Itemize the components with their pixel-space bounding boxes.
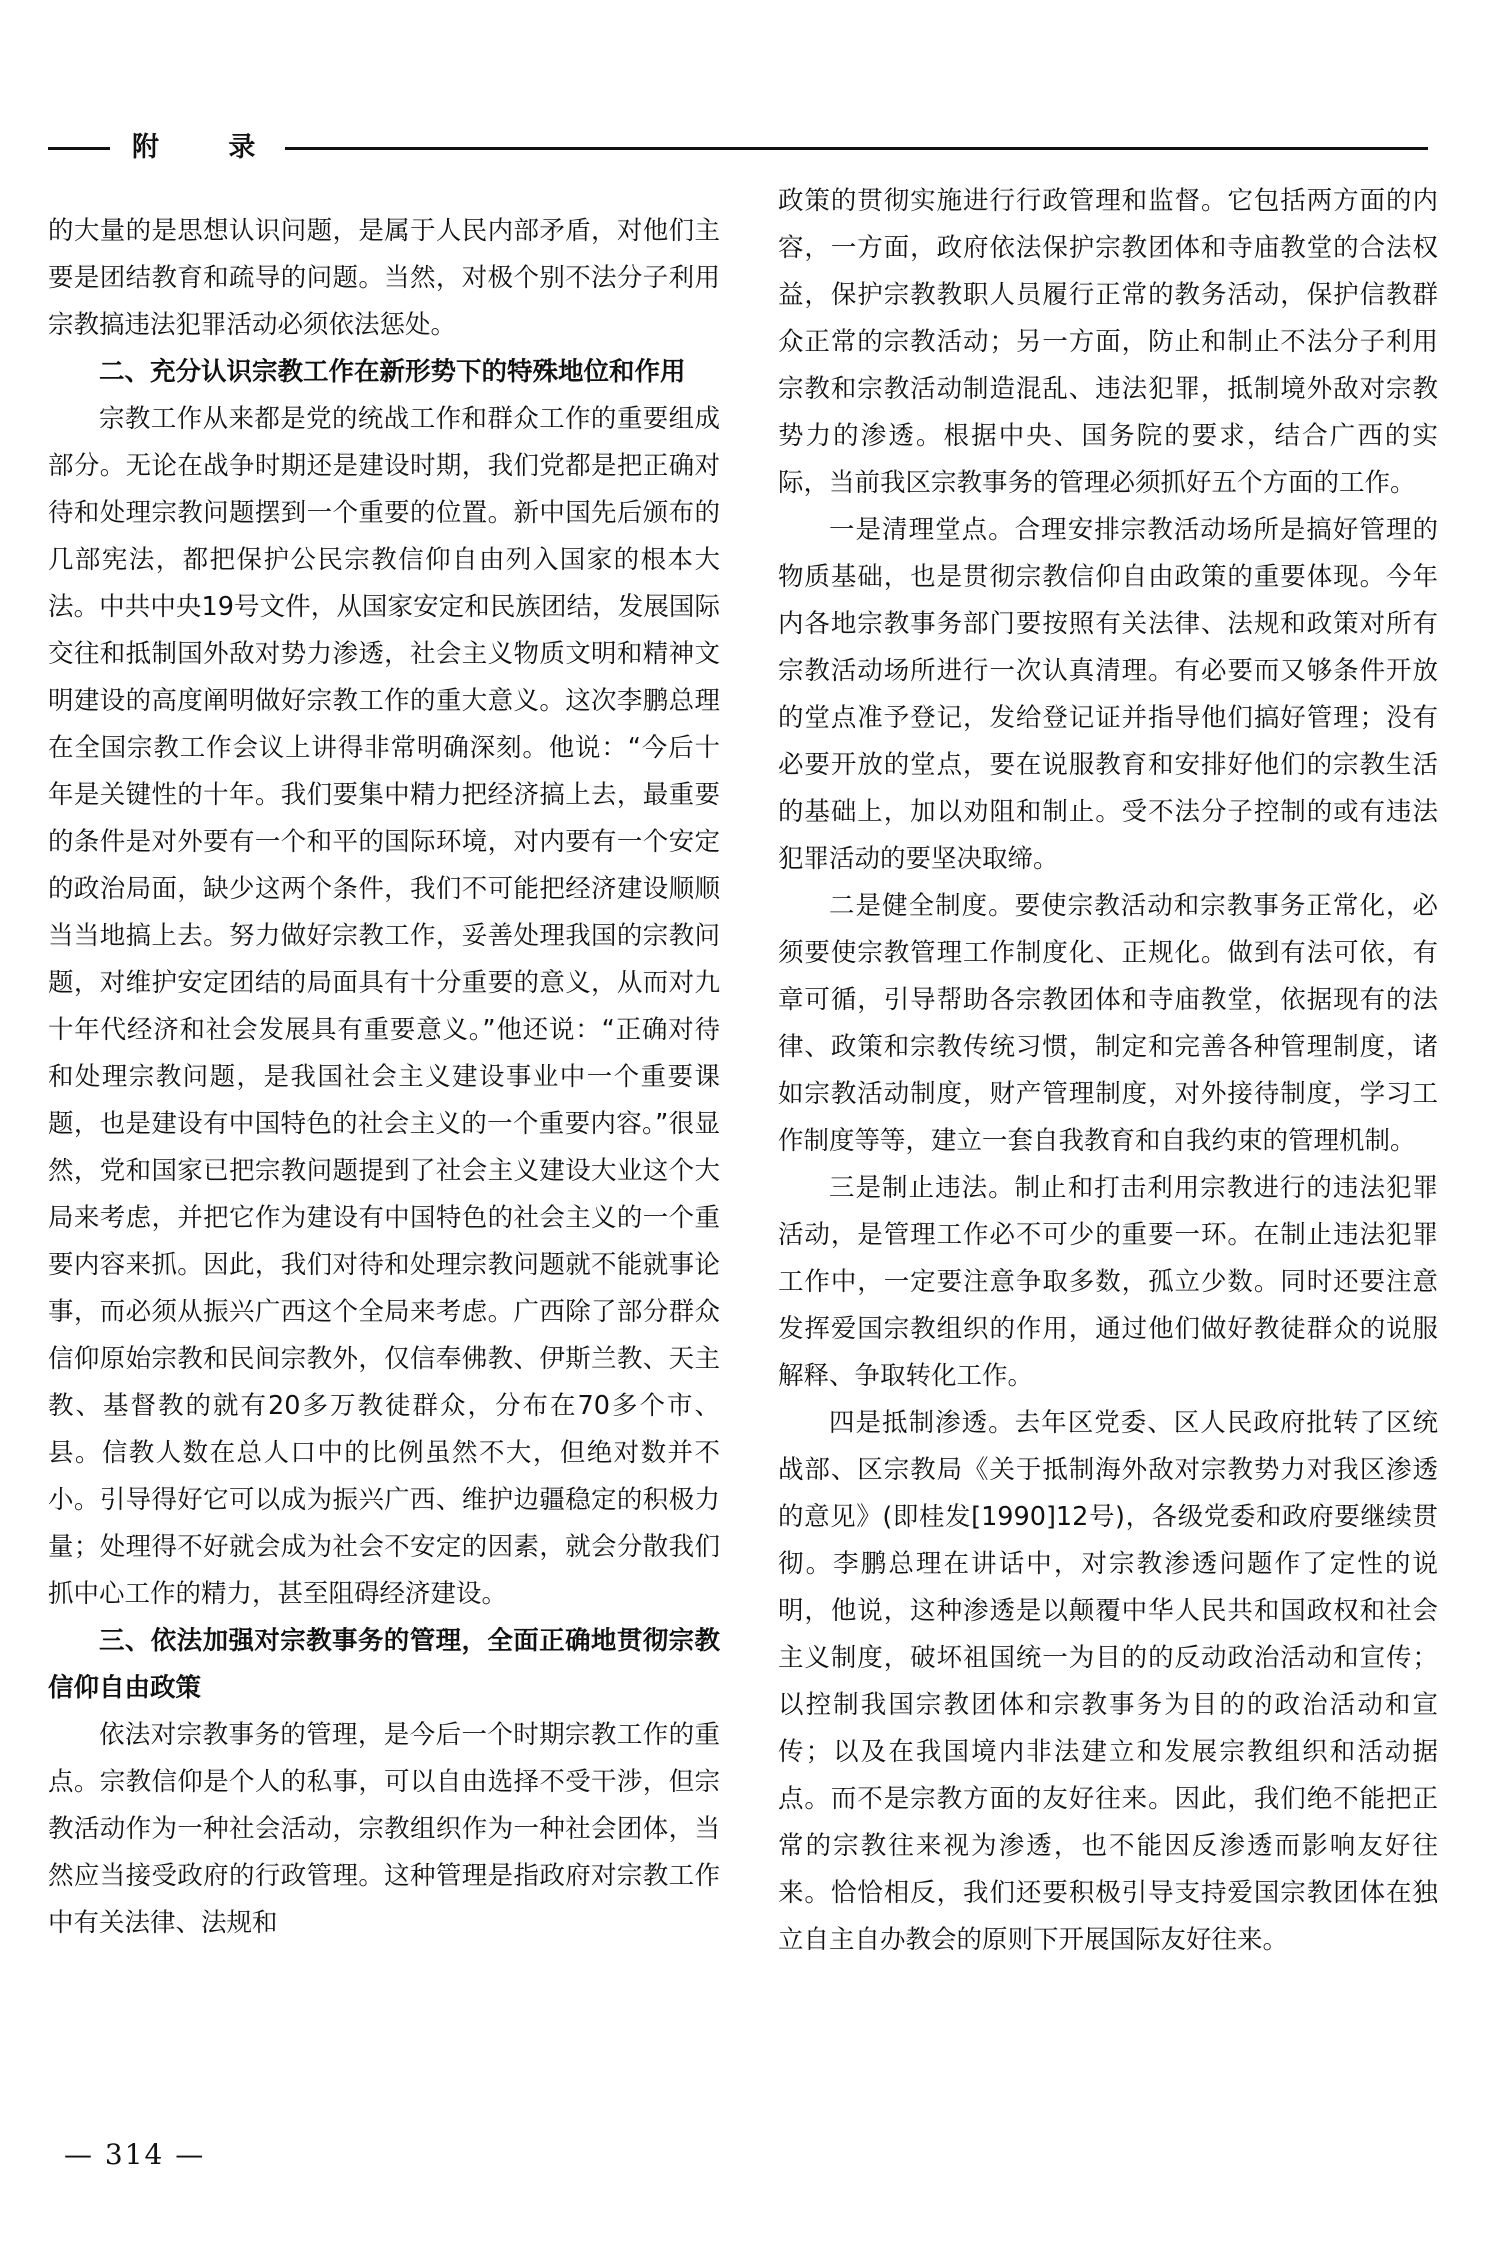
page-number: — 314 — (64, 2138, 205, 2171)
paragraph-item-1: 一是清理堂点。合理安排宗教活动场所是搞好管理的物质基础，也是贯彻宗教信仰自由政策… (778, 507, 1438, 883)
running-head: 附 录 (48, 128, 1428, 168)
paragraph-item-3: 三是制止违法。制止和打击利用宗教进行的违法犯罪活动，是管理工作必不可少的重要一环… (778, 1165, 1438, 1400)
running-head-title: 附 录 (132, 128, 285, 168)
section-heading-3: 三、依法加强对宗教事务的管理，全面正确地贯彻宗教信仰自由政策 (48, 1618, 720, 1712)
paragraph-continued: 政策的贯彻实施进行行政管理和监督。它包括两方面的内容，一方面，政府依法保护宗教团… (778, 178, 1438, 507)
running-head-rule (285, 147, 1428, 150)
document-page: 附 录 的大量的是思想认识问题，是属于人民内部矛盾，对他们主要是团结教育和疏导的… (0, 0, 1500, 2252)
section-heading-2: 二、充分认识宗教工作在新形势下的特殊地位和作用 (48, 349, 720, 396)
left-column: 的大量的是思想认识问题，是属于人民内部矛盾，对他们主要是团结教育和疏导的问题。当… (48, 208, 720, 1947)
paragraph: 宗教工作从来都是党的统战工作和群众工作的重要组成部分。无论在战争时期还是建设时期… (48, 396, 720, 1618)
running-head-dash (48, 147, 110, 150)
paragraph: 依法对宗教事务的管理，是今后一个时期宗教工作的重点。宗教信仰是个人的私事，可以自… (48, 1712, 720, 1947)
paragraph-item-4: 四是抵制渗透。去年区党委、区人民政府批转了区统战部、区宗教局《关于抵制海外敌对宗… (778, 1400, 1438, 1964)
paragraph-item-2: 二是健全制度。要使宗教活动和宗教事务正常化，必须要使宗教管理工作制度化、正规化。… (778, 883, 1438, 1165)
right-column: 政策的贯彻实施进行行政管理和监督。它包括两方面的内容，一方面，政府依法保护宗教团… (778, 178, 1438, 1964)
paragraph-continued: 的大量的是思想认识问题，是属于人民内部矛盾，对他们主要是团结教育和疏导的问题。当… (48, 208, 720, 349)
